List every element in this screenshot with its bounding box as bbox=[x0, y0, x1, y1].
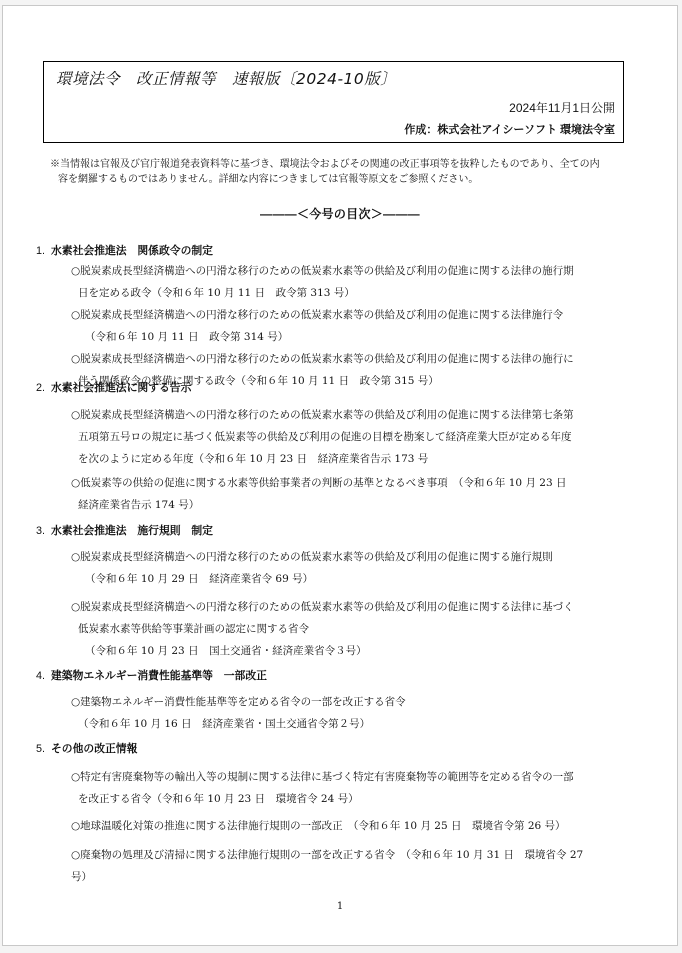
item-line: を次のように定める年度（令和６年 10 月 23 日 経済産業省告示 173 号 bbox=[71, 448, 631, 470]
item-line: ○脱炭素成長型経済構造への円滑な移行のための低炭素水素等の供給及び利用の促進に関… bbox=[71, 404, 631, 426]
section-number: 3. bbox=[36, 525, 45, 537]
section-number: 1. bbox=[36, 245, 45, 257]
section-number: 5. bbox=[36, 743, 45, 755]
item-line: を改正する省令（令和６年 10 月 23 日 環境省令 24 号） bbox=[71, 788, 631, 810]
section-number: 4. bbox=[36, 670, 45, 682]
list-item: ○低炭素等の供給の促進に関する水素等供給事業者の判断の基準となるべき事項 （令和… bbox=[71, 472, 631, 516]
page-number: 1 bbox=[3, 901, 677, 912]
item-line: （令和６年 10 月 16 日 経済産業省・国土交通省令第２号） bbox=[71, 713, 631, 735]
item-line: （令和６年 10 月 29 日 経済産業省令 69 号） bbox=[71, 568, 631, 590]
item-line: （令和６年 10 月 11 日 政令第 314 号） bbox=[71, 326, 631, 348]
section-5-heading: 5.その他の改正情報 bbox=[36, 741, 137, 756]
item-line: （令和６年 10 月 23 日 国土交通省・経済産業省令３号） bbox=[71, 640, 631, 662]
item-line: 低炭素水素等供給等事業計画の認定に関する省令 bbox=[71, 618, 631, 640]
document-title: 環境法令 改正情報等 速報版〔2024-10版〕 bbox=[56, 67, 396, 89]
list-item: ○特定有害廃棄物等の輸出入等の規制に関する法律に基づく特定有害廃棄物等の範囲等を… bbox=[71, 766, 631, 810]
section-4-heading: 4.建築物エネルギー消費性能基準等 一部改正 bbox=[36, 668, 267, 683]
item-line: ○地球温暖化対策の推進に関する法律施行規則の一部改正 （令和６年 10 月 25… bbox=[71, 815, 631, 837]
list-item: ○脱炭素成長型経済構造への円滑な移行のための低炭素水素等の供給及び利用の促進に関… bbox=[71, 404, 631, 470]
item-line: 号） bbox=[71, 866, 631, 888]
title-box: 環境法令 改正情報等 速報版〔2024-10版〕 2024年11月1日公開 作成… bbox=[43, 61, 624, 143]
item-line: 五項第五号ロの規定に基づく低炭素等の供給及び利用の促進の目標を勘案して経済産業大… bbox=[71, 426, 631, 448]
list-item: ○地球温暖化対策の推進に関する法律施行規則の一部改正 （令和６年 10 月 25… bbox=[71, 815, 631, 837]
list-item: ○廃棄物の処理及び清掃に関する法律施行規則の一部を改正する省令 （令和６年 10… bbox=[71, 844, 631, 888]
section-number: 2. bbox=[36, 382, 45, 394]
toc-heading: ―――＜今号の目次＞――― bbox=[3, 205, 677, 222]
item-line: ○脱炭素成長型経済構造への円滑な移行のための低炭素水素等の供給及び利用の促進に関… bbox=[71, 260, 631, 282]
section-2-heading: 2.水素社会推進法に関する告示 bbox=[36, 380, 191, 395]
document-page: 環境法令 改正情報等 速報版〔2024-10版〕 2024年11月1日公開 作成… bbox=[2, 5, 678, 946]
list-item: ○脱炭素成長型経済構造への円滑な移行のための低炭素水素等の供給及び利用の促進に関… bbox=[71, 546, 631, 590]
item-line: ○特定有害廃棄物等の輸出入等の規制に関する法律に基づく特定有害廃棄物等の範囲等を… bbox=[71, 766, 631, 788]
item-line: 経済産業省告示 174 号） bbox=[71, 494, 631, 516]
item-line: ○脱炭素成長型経済構造への円滑な移行のための低炭素水素等の供給及び利用の促進に関… bbox=[71, 304, 631, 326]
section-3-heading: 3.水素社会推進法 施行規則 制定 bbox=[36, 523, 213, 538]
section-title: その他の改正情報 bbox=[51, 743, 137, 755]
list-item: ○脱炭素成長型経済構造への円滑な移行のための低炭素水素等の供給及び利用の促進に関… bbox=[71, 596, 631, 662]
section-title: 建築物エネルギー消費性能基準等 一部改正 bbox=[51, 670, 267, 682]
section-title: 水素社会推進法に関する告示 bbox=[51, 382, 191, 394]
item-line: ○脱炭素成長型経済構造への円滑な移行のための低炭素水素等の供給及び利用の促進に関… bbox=[71, 348, 631, 370]
notice-line-1: ※当情報は官報及び官庁報道発表資料等に基づき、環境法令およびその関連の改正事項等… bbox=[50, 159, 600, 170]
item-line: ○廃棄物の処理及び清掃に関する法律施行規則の一部を改正する省令 （令和６年 10… bbox=[71, 844, 631, 866]
item-line: ○低炭素等の供給の促進に関する水素等供給事業者の判断の基準となるべき事項 （令和… bbox=[71, 472, 631, 494]
section-title: 水素社会推進法 関係政令の制定 bbox=[51, 245, 213, 257]
publish-date: 2024年11月1日公開 bbox=[509, 99, 615, 116]
item-line: ○脱炭素成長型経済構造への円滑な移行のための低炭素水素等の供給及び利用の促進に関… bbox=[71, 546, 631, 568]
item-line: 日を定める政令（令和６年 10 月 11 日 政令第 313 号） bbox=[71, 282, 631, 304]
item-line: ○建築物エネルギー消費性能基準等を定める省令の一部を改正する省令 bbox=[71, 691, 631, 713]
section-title: 水素社会推進法 施行規則 制定 bbox=[51, 525, 213, 537]
list-item: ○脱炭素成長型経済構造への円滑な移行のための低炭素水素等の供給及び利用の促進に関… bbox=[71, 304, 631, 348]
item-line: ○脱炭素成長型経済構造への円滑な移行のための低炭素水素等の供給及び利用の促進に関… bbox=[71, 596, 631, 618]
section-1-heading: 1.水素社会推進法 関係政令の制定 bbox=[36, 243, 213, 258]
disclaimer-notice: ※当情報は官報及び官庁報道発表資料等に基づき、環境法令およびその関連の改正事項等… bbox=[50, 157, 628, 187]
author-credit: 作成：株式会社アイシーソフト 環境法令室 bbox=[404, 121, 615, 137]
list-item: ○脱炭素成長型経済構造への円滑な移行のための低炭素水素等の供給及び利用の促進に関… bbox=[71, 260, 631, 304]
notice-line-2: 容を網羅するものではありません。詳細な内容につきましては官報等原文をご参照くださ… bbox=[50, 172, 628, 187]
list-item: ○建築物エネルギー消費性能基準等を定める省令の一部を改正する省令 （令和６年 1… bbox=[71, 691, 631, 735]
